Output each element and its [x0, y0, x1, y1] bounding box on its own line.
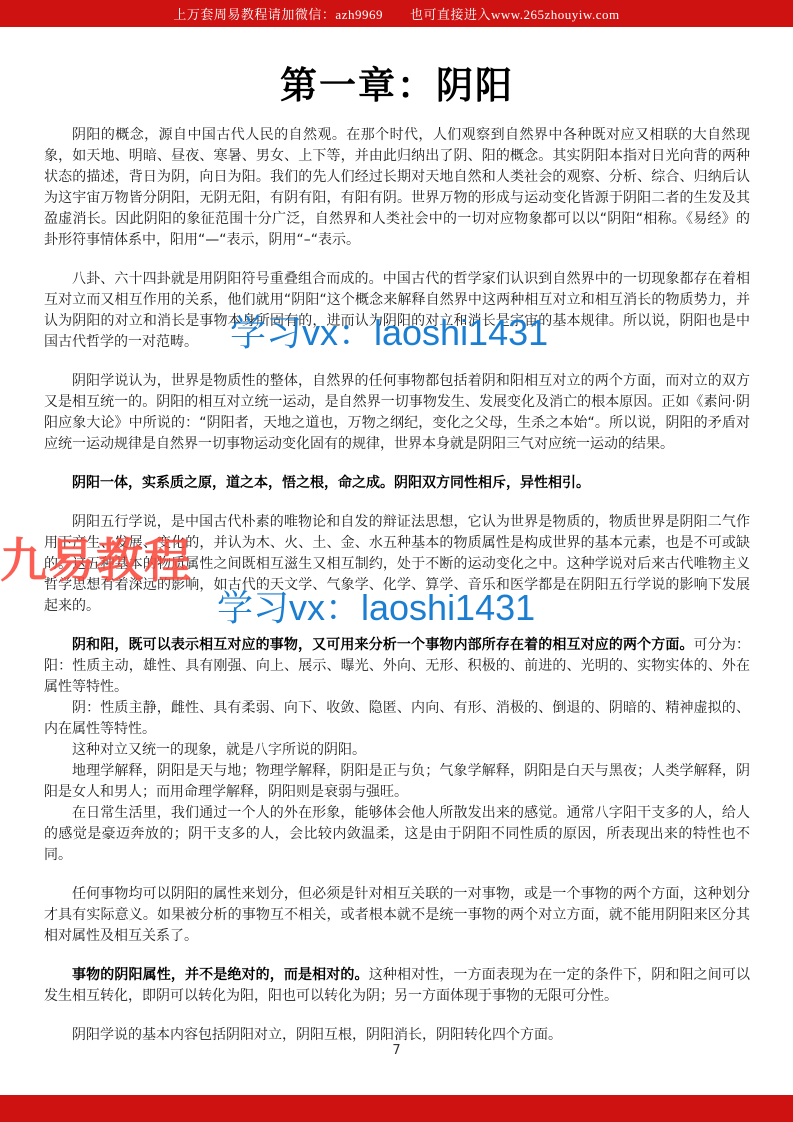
paragraph-daily-life: 在日常生活里，我们通过一个人的外在形象，能够体会他人所散发出来的感觉。通常八字阳…: [44, 803, 750, 866]
page-number: 7: [0, 1043, 793, 1058]
paragraph-classification-rule: 任何事物均可以阴阳的属性来划分，但必须是针对相互关联的一对事物，或是一个事物的两…: [44, 884, 750, 947]
paragraph-yinyang-unity-bold: 阴阳一体，实系质之原，道之本，悟之根，命之成。阴阳双方同性相斥，异性相引。: [44, 473, 750, 494]
paragraph-yin-and-yang-definition: 阴和阳，既可以表示相互对应的事物，又可用来分析一个事物内部所存在着的相互对应的两…: [44, 635, 750, 698]
paragraph-yinyang-concept: 阴阳的概念，源自中国古代人民的自然观。在那个时代，人们观察到自然界中各种既对应又…: [44, 125, 750, 251]
paragraph-bazi-yinyang: 这种对立又统一的现象，就是八字所说的阴阳。: [44, 740, 750, 761]
paragraph-relativity: 事物的阴阳属性，并不是绝对的，而是相对的。这种相对性，一方面表现为在一定的条件下…: [44, 965, 750, 1007]
watermark-wechat-lower: 学习vx：laoshi1431: [217, 588, 535, 628]
document-page: 上万套周易教程请加微信：azh9969 也可直接进入www.265zhouyiw…: [0, 0, 793, 1122]
paragraph-yin-traits: 阴：性质主静，雌性、具有柔弱、向下、收敛、隐匿、内向、有形、消极的、倒退的、阴暗…: [44, 698, 750, 740]
watermark-wechat-upper: 学习vx：laoshi1431: [230, 313, 548, 353]
footer-bar: [0, 1095, 793, 1122]
paragraph-yinyang-theory: 阴阳学说认为，世界是物质性的整体，自然界的任何事物都包括着阴和阳相互对立的两个方…: [44, 371, 750, 455]
promo-banner: 上万套周易教程请加微信：azh9969 也可直接进入www.265zhouyiw…: [0, 0, 793, 27]
paragraph-interpretations: 地理学解释，阴阳是天与地；物理学解释，阴阳是正与负；气象学解释，阴阳是白天与黑夜…: [44, 761, 750, 803]
chapter-title: 第一章：阴阳: [44, 55, 750, 109]
promo-banner-text: 上万套周易教程请加微信：azh9969 也可直接进入www.265zhouyiw…: [173, 4, 619, 23]
watermark-brand: 九易教程: [0, 538, 192, 585]
